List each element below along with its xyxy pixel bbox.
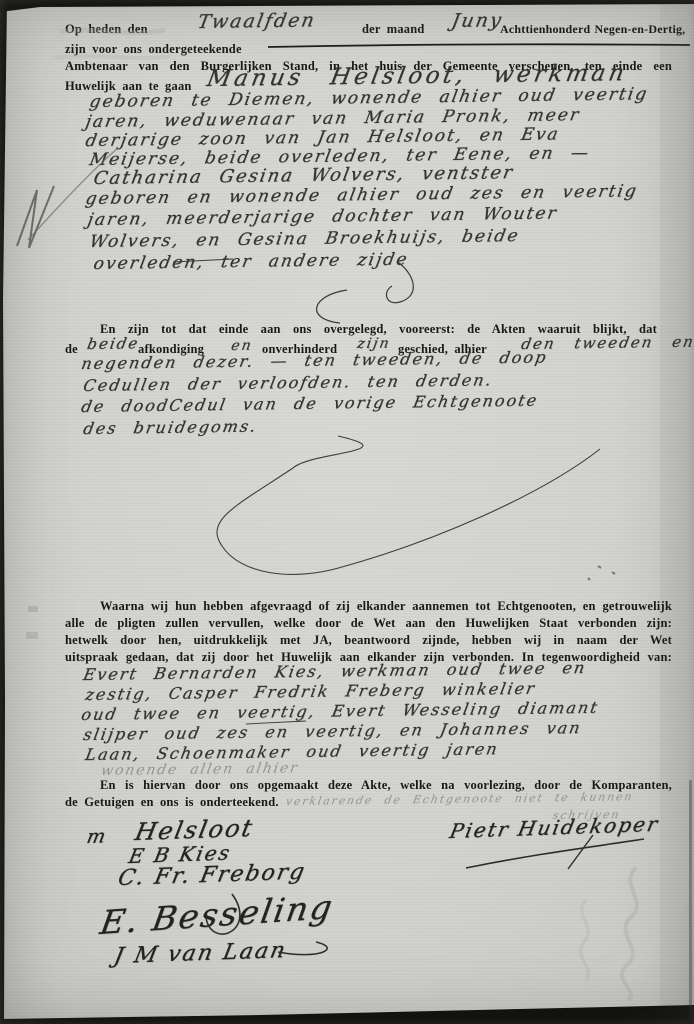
scan-edge-top: [0, 0, 694, 12]
signature-witness-2: C. Fr. Freborg: [116, 862, 308, 890]
ink-underline-registrar: [466, 839, 644, 868]
bleedthrough-ghost: [622, 868, 637, 1000]
documents-hand-line: negenden dezer. — ten tweeden, de doop: [80, 350, 549, 372]
ink-cross-registrar: [568, 835, 593, 869]
parties-line: Wolvers, en Gesina Broekhuijs, beide: [88, 228, 521, 251]
signature-registrar: Pietr Huidekoper: [448, 814, 661, 841]
documents-hand-line: de doodCedul van de vorige Echtgenoote: [80, 393, 540, 415]
margin-smudge: [28, 606, 38, 612]
handwritten-annotation: verklarende de Echtgenoote niet te kunne…: [285, 791, 634, 807]
scanned-marriage-certificate: Op heden den Twaalfden der maand Juny Ac…: [0, 0, 694, 1024]
form-blank-rule: [268, 44, 690, 47]
signature-mark: m: [85, 827, 109, 847]
pencil-margin-mark: [17, 186, 54, 248]
handwritten-fill-beide: beide: [86, 336, 141, 352]
vows-line: hetwelk door hen, uitdrukkelijk met JA, …: [65, 634, 672, 648]
header-year-text: Achttienhonderd Negen-en-Dertig,: [500, 23, 685, 36]
parties-line: overleden, ter andere zijde: [92, 252, 410, 273]
parties-line: jaren, meerderjarige dochter van Wouter: [86, 205, 559, 229]
signature-witness-3: E. Besseling: [98, 890, 336, 939]
scan-edge-right: [689, 780, 692, 1020]
signature-groom: Helsloot: [133, 816, 256, 844]
witness-line: wonende allen alhier: [100, 761, 300, 778]
closing-line2: de Getuigen en ons is onderteekend.: [65, 796, 279, 810]
handwritten-day: Twaalfden: [196, 11, 317, 32]
documents-hand-line: Cedullen der verloofden. ten derden.: [82, 372, 494, 394]
vows-line: Waarna wij hun hebben afgevraagd of zij …: [100, 600, 672, 614]
header-line1-mid: der maand: [362, 23, 425, 37]
scan-edge-bottom: [0, 1005, 694, 1024]
header-line1-pre: Op heden den: [65, 23, 148, 37]
header-line2: zijn voor ons ondergeteekende: [65, 43, 242, 57]
ink-flourish-large-swoosh: [217, 436, 600, 574]
signature-witness-4: J M van Laan: [112, 940, 289, 968]
bleedthrough-ghost: [581, 900, 589, 980]
scan-edge-left: [0, 0, 7, 1024]
vows-line: alle de pligten zullen vervullen, welke …: [65, 617, 672, 631]
margin-smudge: [26, 632, 38, 639]
witness-line: slijper oud zes en veertig, en Johannes …: [82, 720, 583, 743]
ink-specks: [588, 566, 615, 580]
ink-flourish-paren: [317, 290, 347, 323]
documents-line2-pre: de: [65, 343, 78, 357]
right-shade: [660, 0, 694, 1024]
documents-hand-line: des bruidegoms.: [82, 419, 259, 437]
handwritten-month: Juny: [450, 11, 504, 31]
